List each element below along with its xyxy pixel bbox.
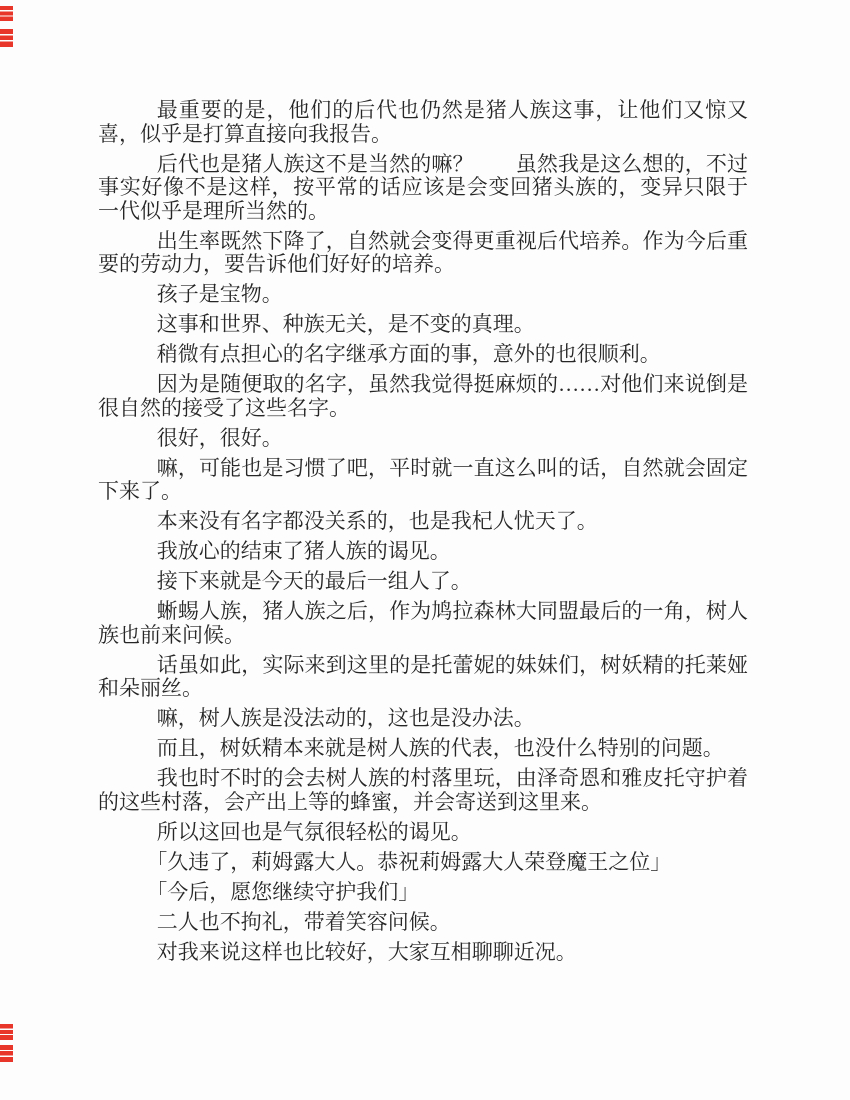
- dialogue-paragraph: 「久违了，莉姆露大人。恭祝莉姆露大人荣登魔王之位」: [98, 851, 748, 875]
- body-paragraph: 嘛，树人族是没法动的，这也是没办法。: [98, 707, 748, 731]
- body-paragraph: 稍微有点担心的名字继承方面的事，意外的也很顺利。: [98, 343, 748, 367]
- body-paragraph: 我放心的结束了猪人族的谒见。: [98, 540, 748, 564]
- red-edge-mark-icon: [0, 29, 13, 47]
- body-paragraph: 后代也是猪人族这不是当然的嘛？ 虽然我是这么想的，不过事实好像不是这样，按平常的…: [98, 153, 748, 224]
- body-paragraph: 蜥蜴人族，猪人族之后，作为鸠拉森林大同盟最后的一角，树人族也前来问候。: [98, 600, 748, 647]
- body-paragraph: 很好，很好。: [98, 427, 748, 451]
- body-paragraph: 接下来就是今天的最后一组人了。: [98, 570, 748, 594]
- body-paragraph: 对我来说这样也比较好，大家互相聊聊近况。: [98, 941, 748, 965]
- red-edge-mark-icon: [0, 1024, 13, 1040]
- red-edge-mark-icon: [0, 6, 13, 21]
- body-paragraph: 所以这回也是气氛很轻松的谒见。: [98, 821, 748, 845]
- body-paragraph: 最重要的是，他们的后代也仍然是猪人族这事，让他们又惊又喜，似乎是打算直接向我报告…: [98, 99, 748, 146]
- dialogue-paragraph: 「今后，愿您继续守护我们」: [98, 881, 748, 905]
- red-edge-mark-icon: [0, 1045, 13, 1062]
- body-paragraph: 孩子是宝物。: [98, 283, 748, 307]
- body-paragraph: 出生率既然下降了，自然就会变得更重视后代培养。作为今后重要的劳动力，要告诉他们好…: [98, 230, 748, 277]
- body-paragraph: 嘛，可能也是习惯了吧，平时就一直这么叫的话，自然就会固定下来了。: [98, 457, 748, 504]
- body-paragraph: 我也时不时的会去树人族的村落里玩，由泽奇恩和雅皮托守护着的这些村落，会产出上等的…: [98, 767, 748, 814]
- body-paragraph: 而且，树妖精本来就是树人族的代表，也没什么特别的问题。: [98, 737, 748, 761]
- document-page: 最重要的是，他们的后代也仍然是猪人族这事，让他们又惊又喜，似乎是打算直接向我报告…: [0, 0, 850, 1100]
- document-body: 最重要的是，他们的后代也仍然是猪人族这事，让他们又惊又喜，似乎是打算直接向我报告…: [98, 99, 748, 964]
- body-paragraph: 因为是随便取的名字，虽然我觉得挺麻烦的……对他们来说倒是很自然的接受了这些名字。: [98, 373, 748, 420]
- body-paragraph: 话虽如此，实际来到这里的是托蕾妮的妹妹们，树妖精的托莱娅和朵丽丝。: [98, 654, 748, 701]
- body-paragraph: 本来没有名字都没关系的，也是我杞人忧天了。: [98, 510, 748, 534]
- body-paragraph: 二人也不拘礼，带着笑容问候。: [98, 911, 748, 935]
- body-paragraph: 这事和世界、种族无关，是不变的真理。: [98, 313, 748, 337]
